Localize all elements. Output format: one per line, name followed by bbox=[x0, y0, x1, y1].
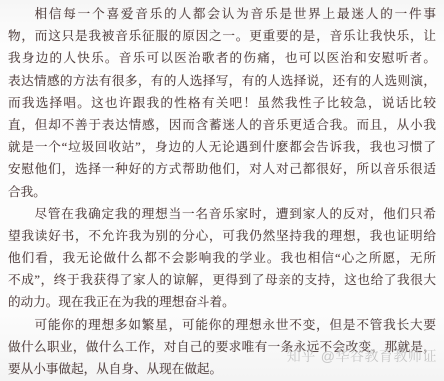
text-line: 他们看，我无论做什么都不会影响我的学业。我也相信“心之所愿，无所 bbox=[8, 247, 436, 269]
text-line: 相信每一个喜爱音乐的人都会认为音乐是世界上最迷人的一件事 bbox=[8, 3, 436, 25]
text-line: 我身边的人快乐。音乐可以医治歌者的伤痛，也可以医治和安慰听者。 bbox=[8, 47, 436, 69]
text-line: 而我选择唱。这也许跟我的性格有关吧！虽然我性子比较急，说话比较 bbox=[8, 92, 436, 114]
text-line: 可能你的理想多如繁星，可能你的理想永世不变，但是不管我长大要 bbox=[8, 314, 436, 336]
watermark-site-label: 知乎 bbox=[287, 348, 316, 364]
scanned-essay-page: 相信每一个喜爱音乐的人都会认为音乐是世界上最迷人的一件事物，而这只是我被音乐征服… bbox=[0, 0, 444, 381]
text-line: 的动力。现在我正在为我的理想奋斗着。 bbox=[8, 291, 436, 313]
text-line: 不成”，终于我获得了家人的谅解，更得到了母亲的支持，这也给了我很大 bbox=[8, 269, 436, 291]
text-line: 就是一个“垃圾回收站”，身边的人无论遇到什麽都会告诉我，我也习惯了 bbox=[8, 136, 436, 158]
text-line: 望我读好书，不允许我为别的分心，可我仍然坚持我的理想，我也证明给 bbox=[8, 225, 436, 247]
text-line: 物，而这只是我被音乐征服的原因之一。更重要的是，音乐让我快乐，让 bbox=[8, 25, 436, 47]
watermark: 知乎@华谷教育教师证 bbox=[287, 347, 437, 365]
text-line: 表达情感的方法有很多，有的人选择写，有的人选择说，还有的人选则演， bbox=[8, 70, 436, 92]
text-line: 直，但却不善于表达情感，因而含蓄迷人的音乐更适合我。而且，从小我 bbox=[8, 114, 436, 136]
watermark-handle: @华谷教育教师证 bbox=[321, 348, 437, 364]
text-line: 安慰他们，选择一种好的方式帮助他们，对人对己都很好，所以音乐很适 bbox=[8, 158, 436, 180]
text-line: 合我。 bbox=[8, 181, 436, 203]
text-line: 尽管在我确定我的理想当一名音乐家时，遭到家人的反对，他们只希 bbox=[8, 203, 436, 225]
essay: 相信每一个喜爱音乐的人都会认为音乐是世界上最迷人的一件事物，而这只是我被音乐征服… bbox=[8, 3, 436, 380]
